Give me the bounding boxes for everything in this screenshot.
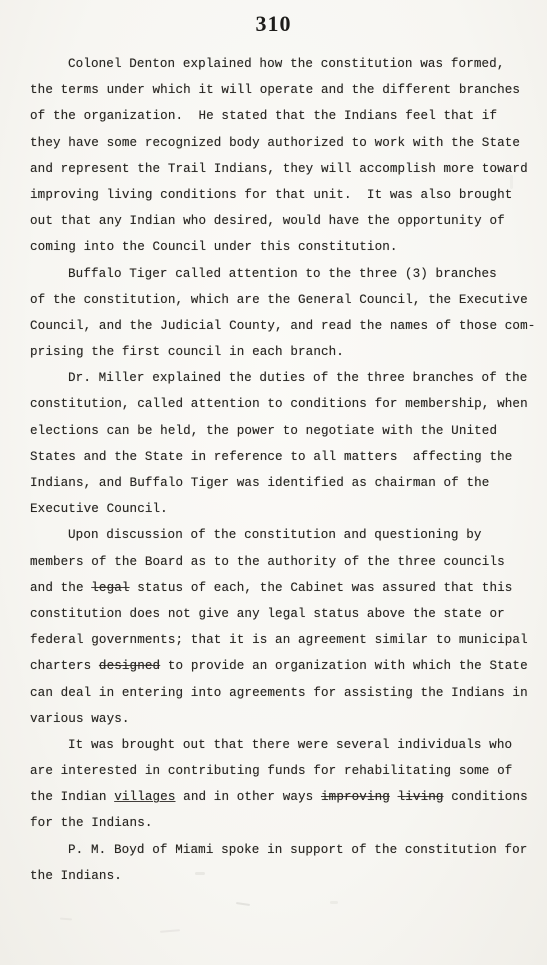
text-segment-strike: living (398, 790, 444, 804)
text-segment: the Indian (30, 790, 114, 804)
text-line: various ways. (30, 706, 540, 732)
text-segment: status of each, the Cabinet was assured … (130, 581, 513, 595)
text-line: are interested in contributing funds for… (30, 758, 540, 784)
text-line: constitution, called attention to condit… (30, 391, 540, 417)
text-segment: they have some recognized body authorize… (30, 136, 520, 150)
text-line: Indians, and Buffalo Tiger was identifie… (30, 470, 540, 496)
text-segment: P. M. Boyd of Miami spoke in support of … (68, 843, 527, 857)
text-line: Council, and the Judicial County, and re… (30, 313, 540, 339)
text-segment: Dr. Miller explained the duties of the t… (68, 371, 527, 385)
page-number: 310 (0, 11, 547, 37)
text-line: elections can be held, the power to nego… (30, 418, 540, 444)
text-segment: to provide an organization with which th… (160, 659, 528, 673)
text-line: It was brought out that there were sever… (30, 732, 540, 758)
text-segment: Council, and the Judicial County, and re… (30, 319, 535, 333)
text-segment: federal governments; that it is an agree… (30, 633, 528, 647)
text-line: the Indian villages and in other ways im… (30, 784, 540, 810)
scan-noise (330, 901, 338, 904)
text-segment: of the organization. He stated that the … (30, 109, 497, 123)
text-segment: and represent the Trail Indians, they wi… (30, 162, 528, 176)
text-line: States and the State in reference to all… (30, 444, 540, 470)
text-segment: members of the Board as to the authority… (30, 555, 505, 569)
text-segment-strike: improving (321, 790, 390, 804)
text-segment-strike: legal (91, 581, 129, 595)
text-segment: charters (30, 659, 99, 673)
text-line: out that any Indian who desired, would h… (30, 208, 540, 234)
text-line: federal governments; that it is an agree… (30, 627, 540, 653)
text-line: Buffalo Tiger called attention to the th… (30, 261, 540, 287)
text-segment: of the constitution, which are the Gener… (30, 293, 528, 307)
scan-noise (430, 846, 448, 848)
text-line: prising the first council in each branch… (30, 339, 540, 365)
text-segment: can deal in entering into agreements for… (30, 686, 528, 700)
text-line: constitution does not give any legal sta… (30, 601, 540, 627)
text-line: improving living conditions for that uni… (30, 182, 540, 208)
scan-noise (236, 902, 250, 906)
text-segment: coming into the Council under this const… (30, 240, 398, 254)
text-line: Colonel Denton explained how the constit… (30, 51, 540, 77)
text-line: the Indians. (30, 863, 540, 889)
text-segment: the Indians. (30, 869, 122, 883)
document-body: Colonel Denton explained how the constit… (30, 51, 540, 889)
text-segment (390, 790, 398, 804)
text-line: the terms under which it will operate an… (30, 77, 540, 103)
text-segment-strike: designed (99, 659, 160, 673)
text-line: and the legal status of each, the Cabine… (30, 575, 540, 601)
text-segment: Upon discussion of the constitution and … (68, 528, 482, 542)
text-segment: constitution does not give any legal sta… (30, 607, 505, 621)
text-line: members of the Board as to the authority… (30, 549, 540, 575)
text-segment: constitution, called attention to condit… (30, 397, 528, 411)
text-segment: States and the State in reference to all… (30, 450, 512, 464)
text-line: coming into the Council under this const… (30, 234, 540, 260)
text-line: Dr. Miller explained the duties of the t… (30, 365, 540, 391)
text-segment: are interested in contributing funds for… (30, 764, 512, 778)
text-line: Upon discussion of the constitution and … (30, 522, 540, 548)
text-segment: Buffalo Tiger called attention to the th… (68, 267, 497, 281)
text-line: of the constitution, which are the Gener… (30, 287, 540, 313)
text-segment: conditions (444, 790, 528, 804)
scan-noise (195, 872, 205, 875)
scan-noise (160, 929, 180, 933)
text-segment: elections can be held, the power to nego… (30, 424, 497, 438)
scan-noise (510, 175, 513, 189)
text-segment: improving living conditions for that uni… (30, 188, 512, 202)
text-segment: out that any Indian who desired, would h… (30, 214, 505, 228)
text-segment: for the Indians. (30, 816, 153, 830)
text-line: Executive Council. (30, 496, 540, 522)
text-line: P. M. Boyd of Miami spoke in support of … (30, 837, 540, 863)
text-segment-underline: villages (114, 790, 175, 804)
text-segment: Executive Council. (30, 502, 168, 516)
text-segment: Indians, and Buffalo Tiger was identifie… (30, 476, 489, 490)
text-line: can deal in entering into agreements for… (30, 680, 540, 706)
scan-noise (60, 918, 72, 921)
text-segment: Colonel Denton explained how the constit… (68, 57, 504, 71)
document-page: 310 Colonel Denton explained how the con… (0, 0, 547, 965)
text-line: charters designed to provide an organiza… (30, 653, 540, 679)
text-segment: prising the first council in each branch… (30, 345, 344, 359)
text-segment: and the (30, 581, 91, 595)
text-line: they have some recognized body authorize… (30, 130, 540, 156)
text-line: and represent the Trail Indians, they wi… (30, 156, 540, 182)
text-segment: various ways. (30, 712, 130, 726)
text-segment: the terms under which it will operate an… (30, 83, 520, 97)
text-line: for the Indians. (30, 810, 540, 836)
text-line: of the organization. He stated that the … (30, 103, 540, 129)
text-segment: It was brought out that there were sever… (68, 738, 512, 752)
text-segment: and in other ways (176, 790, 322, 804)
